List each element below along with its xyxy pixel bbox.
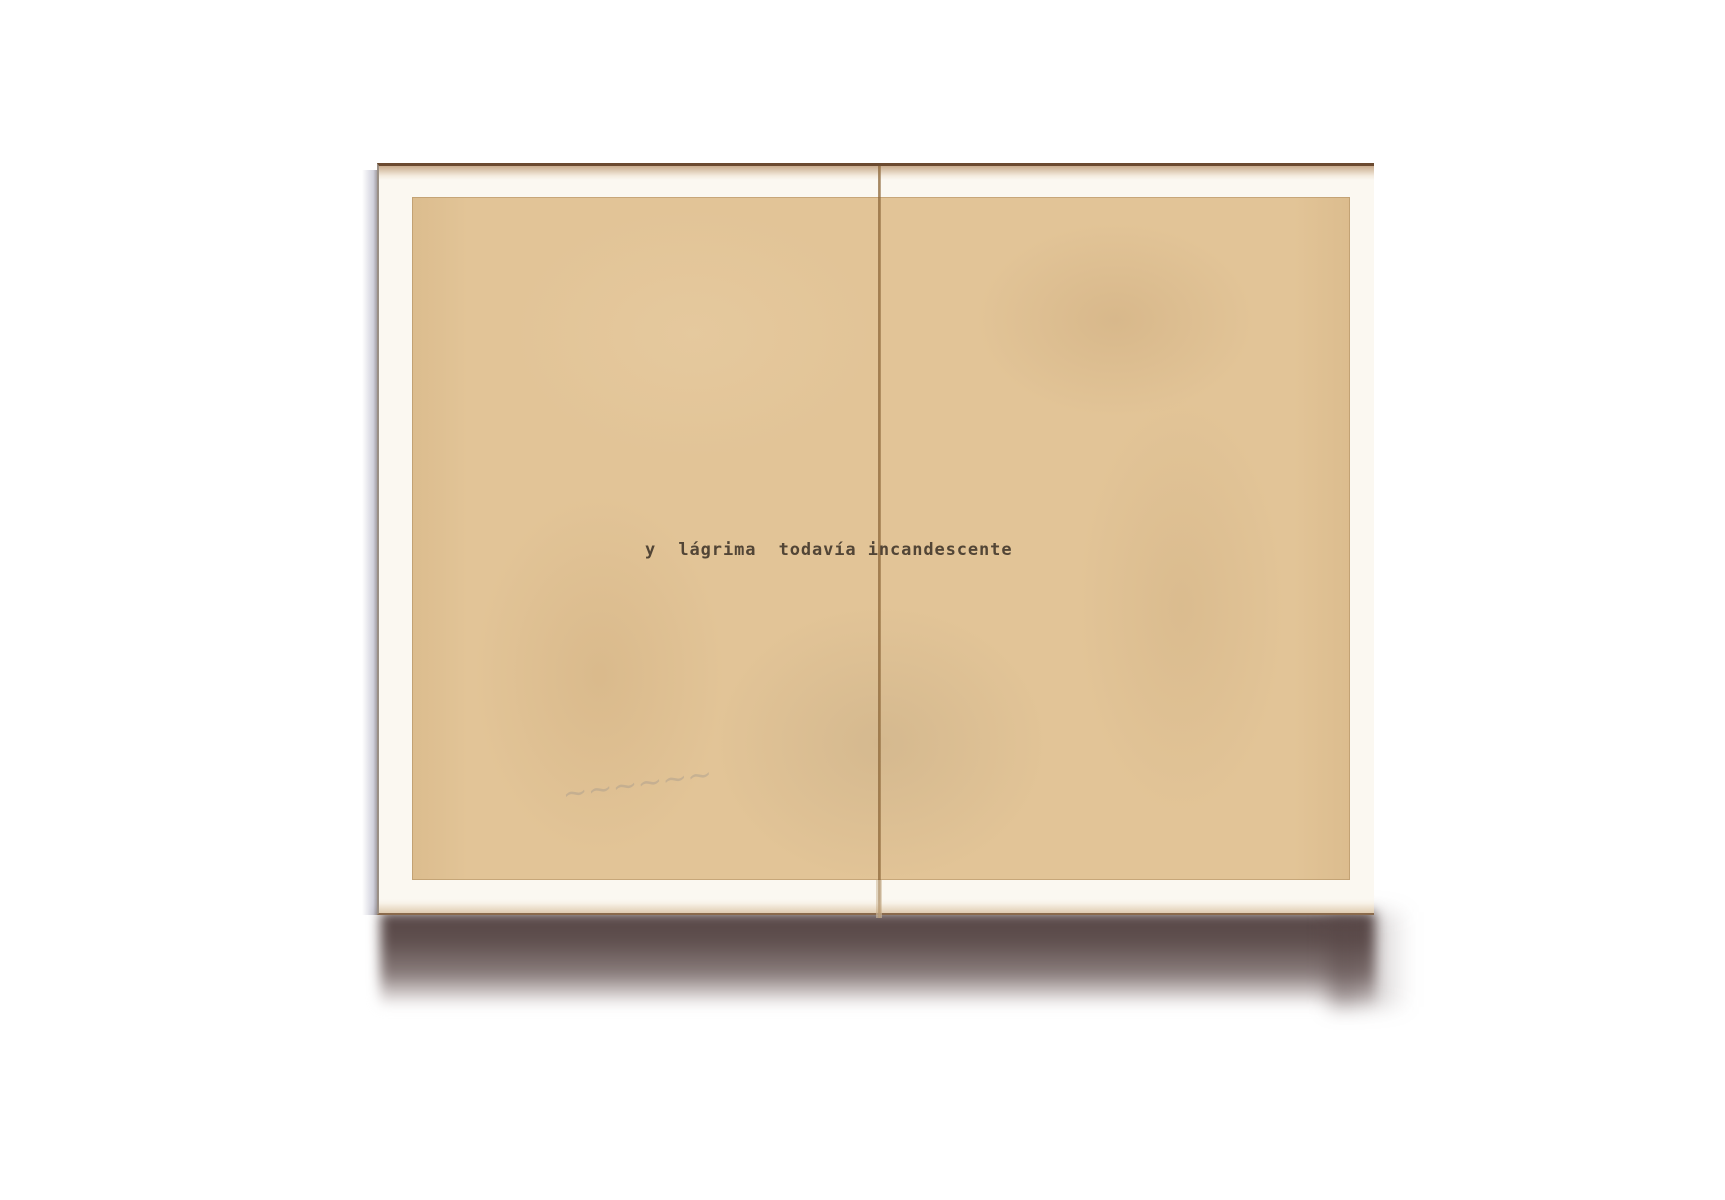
book-side-shadow — [362, 170, 378, 915]
faint-pencil-note: ~~~~~~ — [560, 757, 714, 813]
aged-paper-page: ~~~~~~ y lágrima todavía incandescente — [412, 197, 1350, 880]
book-drop-shadow — [380, 912, 1375, 1007]
book-drop-shadow-edge — [1330, 912, 1410, 1007]
center-fold-gap — [876, 880, 882, 918]
typewritten-line: y lágrima todavía incandescente — [645, 540, 1012, 560]
book-spread: ~~~~~~ y lágrima todavía incandescente — [377, 163, 1374, 915]
